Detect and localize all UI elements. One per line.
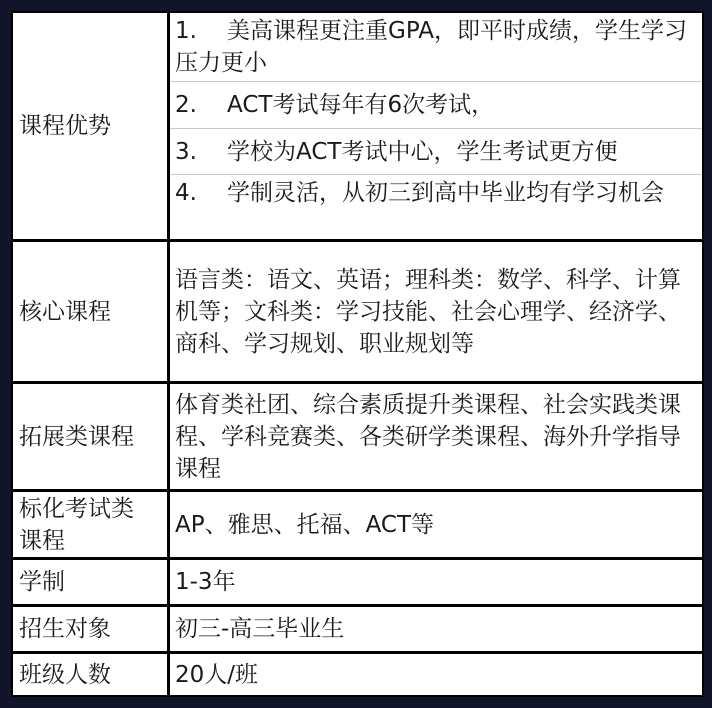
row-label: 班级人数 [13,654,170,695]
item-number: 3. [175,136,227,168]
table-row-program-length: 学制 1-3年 [13,560,702,607]
row-label: 拓展类课程 [13,384,170,489]
table-row-target-students: 招生对象 初三-高三毕业生 [13,607,702,654]
advantage-item-2: 2. ACT考试每年有6次考试， [170,82,702,129]
table-row-standardized-test-courses: 标化考试类课程 AP、雅思、托福、ACT等 [13,492,702,560]
row-value: 语言类：语文、英语；理科类：数学、科学、计算机等；文科类：学习技能、社会心理学、… [170,242,702,381]
row-value: 1-3年 [170,560,702,604]
item-text: 学校为ACT考试中心，学生考试更方便 [227,136,696,168]
item-text: 学制灵活，从初三到高中毕业均有学习机会 [227,180,664,206]
item-text: ACT考试每年有6次考试， [227,89,696,121]
table-row-class-size: 班级人数 20人/班 [13,654,702,695]
table-row-course-advantages: 课程优势 1.美高课程更注重GPA，即平时成绩，学生学习压力更小 2. ACT考… [13,13,702,242]
row-value: 20人/班 [170,654,702,695]
advantage-item-1: 1.美高课程更注重GPA，即平时成绩，学生学习压力更小 [170,13,702,82]
advantage-item-4: 4.学制灵活，从初三到高中毕业均有学习机会 [170,175,702,239]
row-label: 招生对象 [13,607,170,651]
row-value: AP、雅思、托福、ACT等 [170,492,702,557]
item-number: 4. [175,177,227,209]
row-label: 学制 [13,560,170,604]
item-number: 1. [175,15,227,47]
row-label: 课程优势 [13,13,170,239]
item-number: 2. [175,89,227,121]
row-value: 初三-高三毕业生 [170,607,702,651]
table-row-extended-courses: 拓展类课程 体育类社团、综合素质提升类课程、社会实践类课程、学科竞赛类、各类研学… [13,384,702,492]
advantage-item-3: 3. 学校为ACT考试中心，学生考试更方便 [170,129,702,175]
row-label: 核心课程 [13,242,170,381]
row-value: 体育类社团、综合素质提升类课程、社会实践类课程、学科竞赛类、各类研学类课程、海外… [170,384,702,489]
row-label: 标化考试类课程 [13,492,170,557]
course-info-table: 课程优势 1.美高课程更注重GPA，即平时成绩，学生学习压力更小 2. ACT考… [11,11,704,697]
table-row-core-courses: 核心课程 语言类：语文、英语；理科类：数学、科学、计算机等；文科类：学习技能、社… [13,242,702,384]
item-text: 美高课程更注重GPA，即平时成绩，学生学习压力更小 [175,18,687,76]
